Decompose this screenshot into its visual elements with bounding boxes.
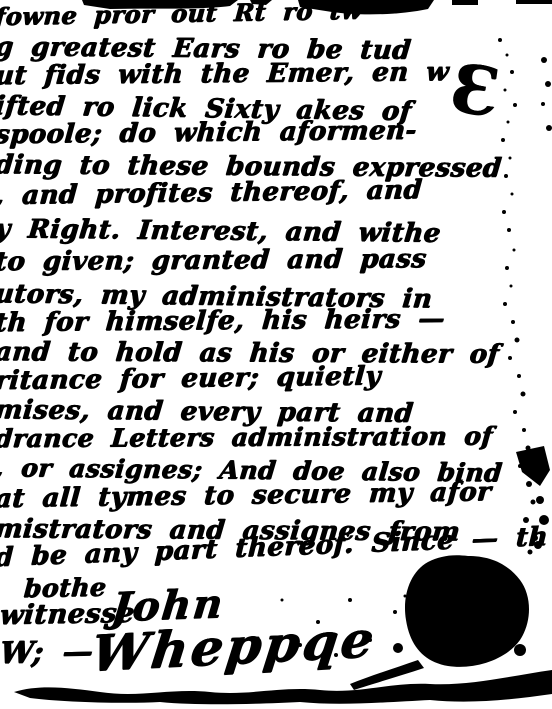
handwriting-line: spoole; do which aformen- xyxy=(0,116,418,150)
handwriting-line: fowne pror out Rt ro tw xyxy=(0,0,364,31)
handwriting-line: drance Letters administration of xyxy=(0,421,494,453)
manuscript-page: fowne pror out Rt ro tw g greatest Ears … xyxy=(0,0,552,709)
signature-initial: W; — xyxy=(0,634,95,671)
handwriting-line: ut fids with the Emer, en w xyxy=(0,57,450,91)
margin-flourish: Ɛ xyxy=(447,48,505,132)
handwriting-line: to given; granted and pass xyxy=(0,244,428,277)
handwriting-text-layer: fowne pror out Rt ro tw g greatest Ears … xyxy=(0,0,552,709)
handwriting-line: at all tymes to secure my afor xyxy=(0,477,492,514)
handwriting-line: ritance for euer; quietly xyxy=(0,361,382,396)
handwriting-line: , and profites thereof, and xyxy=(0,175,423,211)
handwriting-line: th for himselfe, his heirs — xyxy=(0,304,446,338)
